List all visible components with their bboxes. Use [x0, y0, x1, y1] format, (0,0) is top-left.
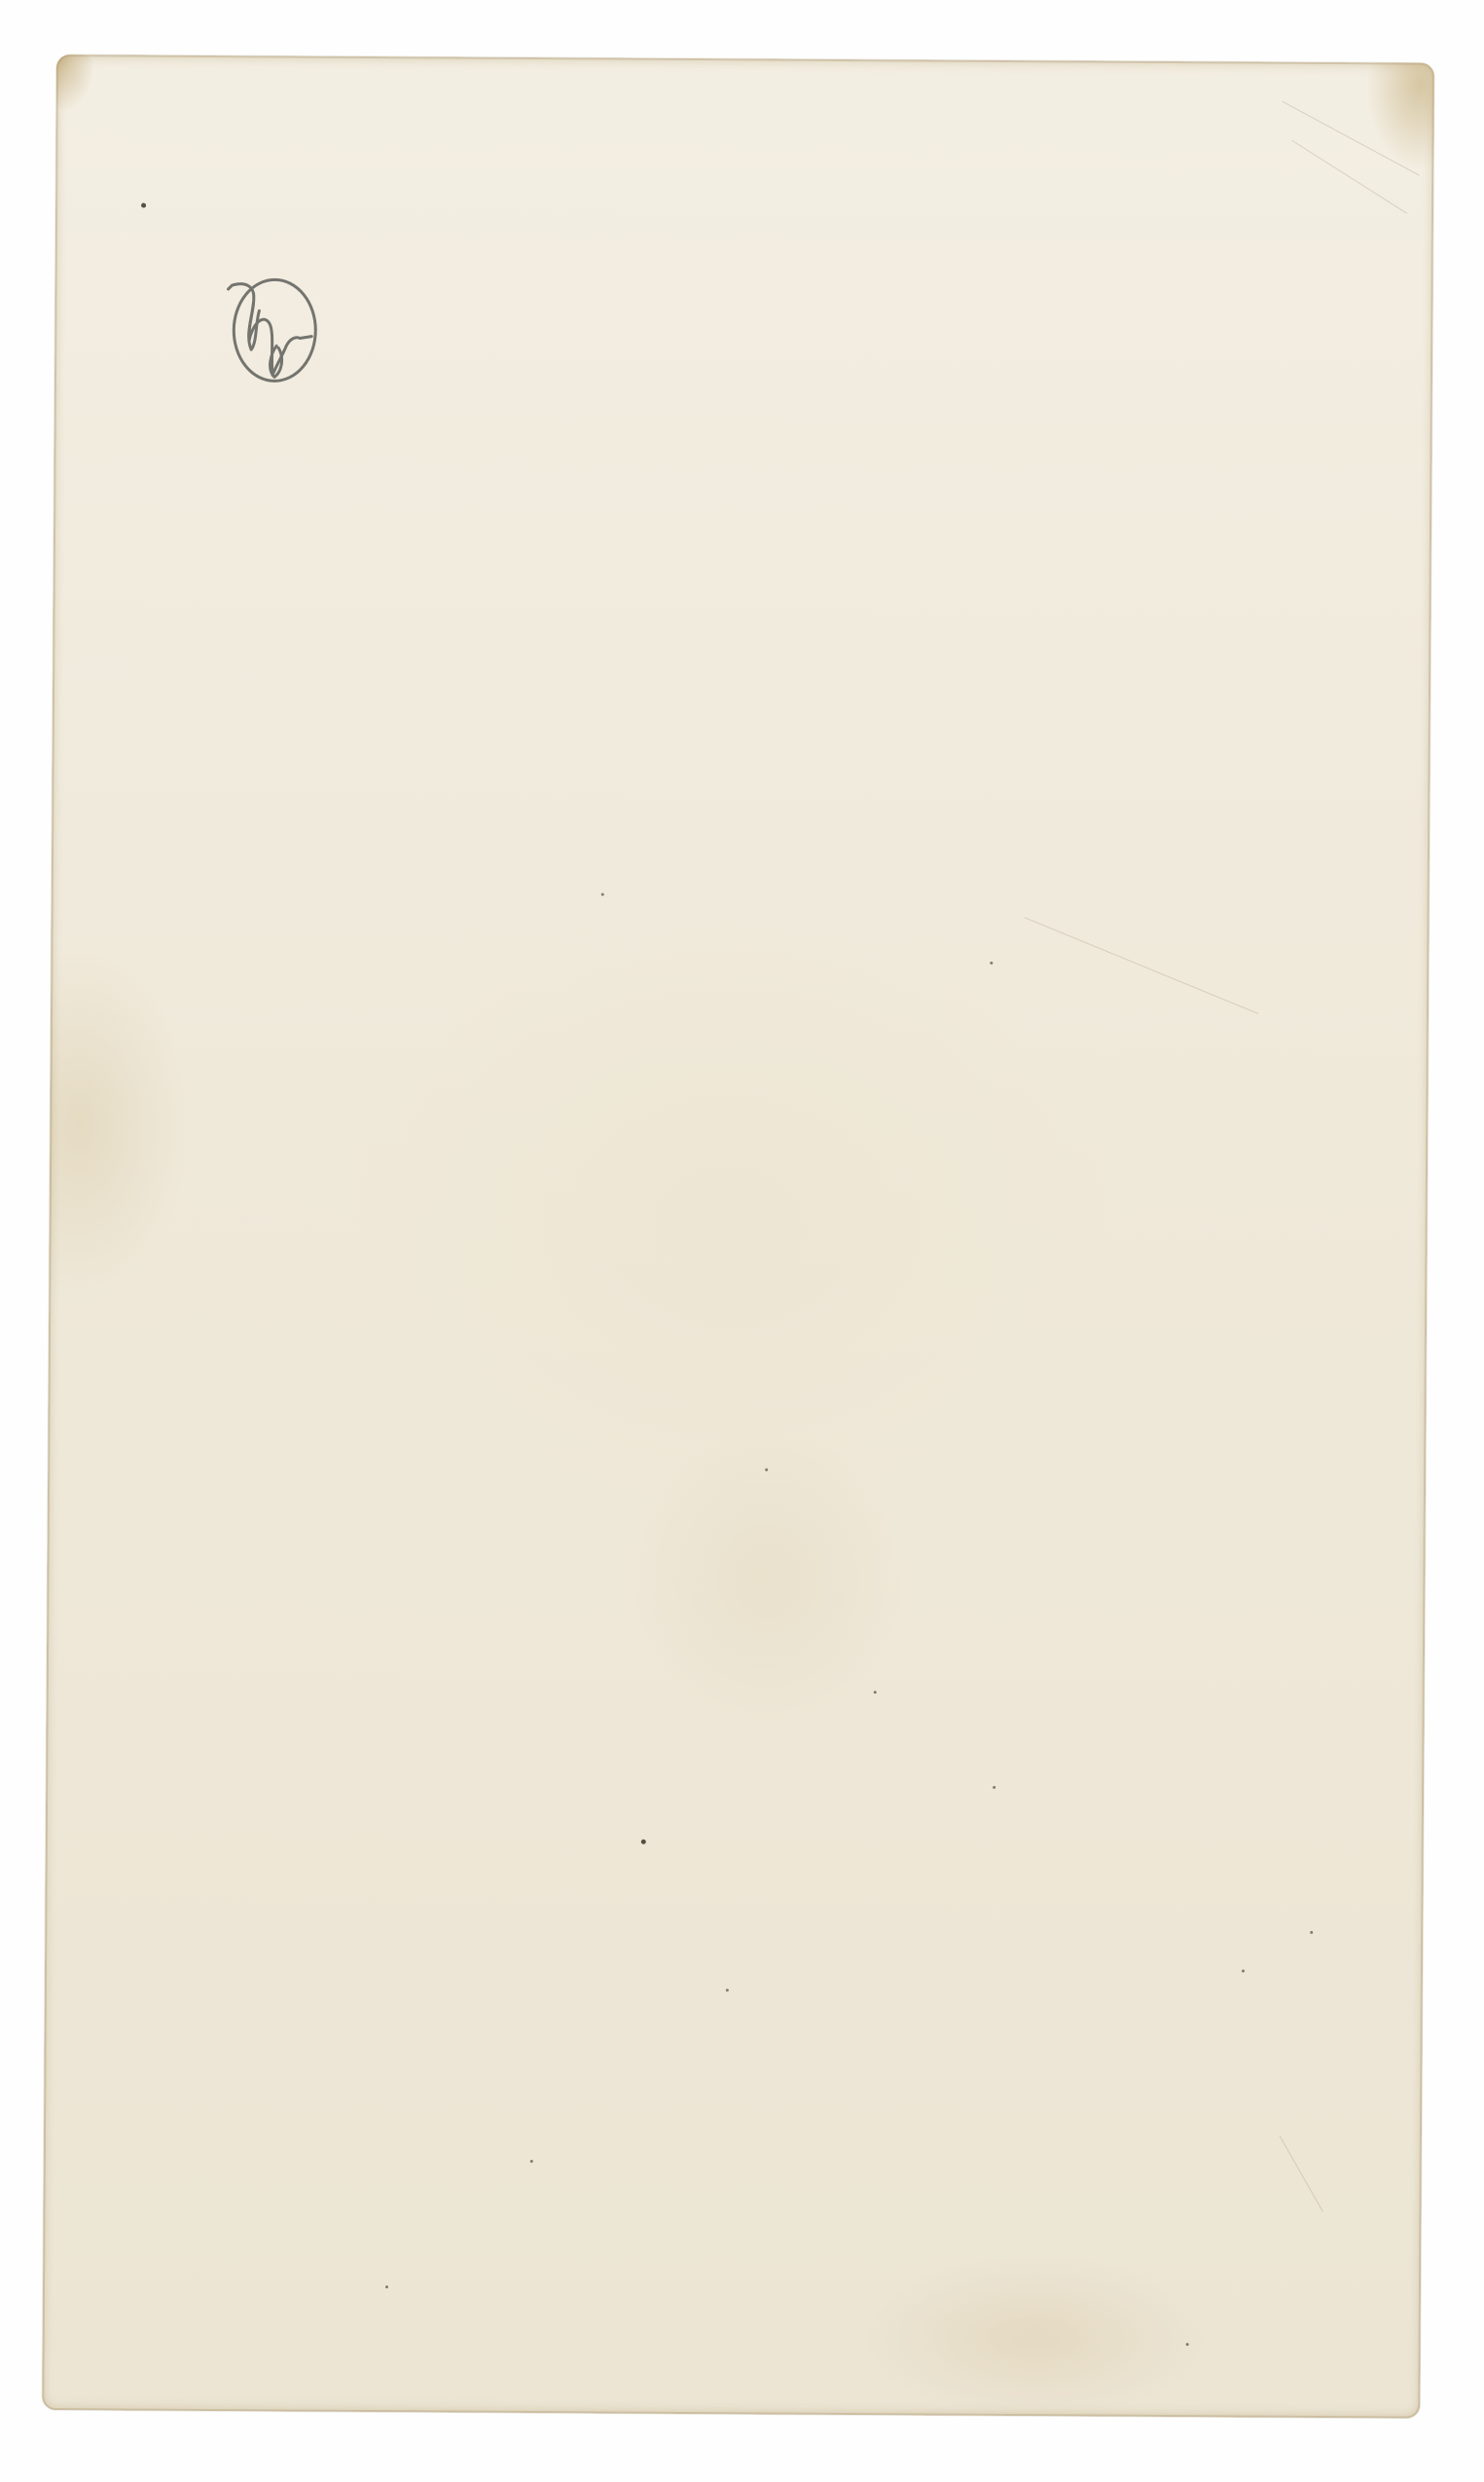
card-back: m2 [42, 55, 1434, 2419]
crease-line [1280, 2135, 1323, 2212]
speck [765, 1468, 768, 1471]
speck [601, 893, 604, 895]
pencil-monogram-icon: m2 [218, 268, 326, 385]
speck [641, 1840, 646, 1844]
corner-stain-top-right [1365, 62, 1434, 169]
speck [990, 962, 993, 965]
speck [1186, 2343, 1189, 2346]
speck [141, 203, 146, 208]
speck [1310, 1931, 1313, 1934]
speck [530, 2160, 533, 2163]
speck [1242, 1969, 1245, 1972]
speck [874, 1691, 877, 1694]
monogram-text: m2 [219, 268, 221, 269]
speck [726, 1989, 729, 1991]
speck [385, 2285, 388, 2288]
scan-background: m2 [0, 0, 1484, 2482]
speck [993, 1786, 995, 1789]
crease-line [1024, 917, 1258, 1014]
corner-stain-top-left [56, 55, 95, 113]
